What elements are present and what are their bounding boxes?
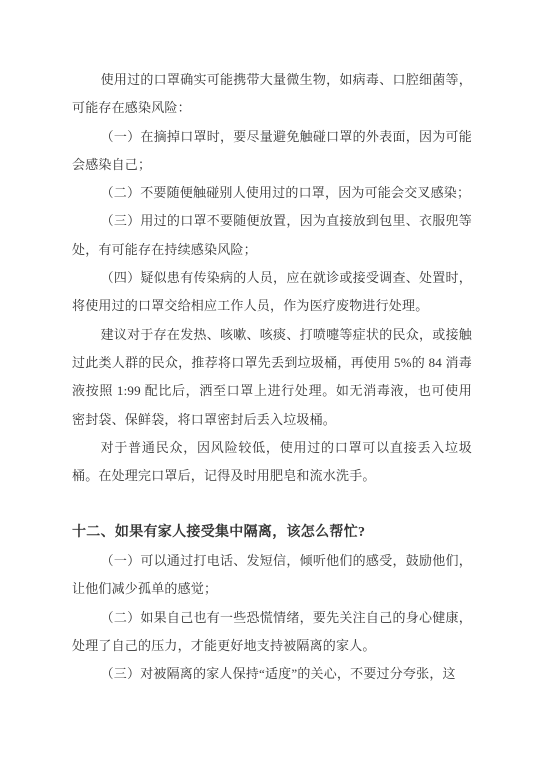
document-body: 使用过的口罩确实可能携带大量微生物，如病毒、口腔细菌等，可能存在感染风险：（一）… (72, 66, 472, 689)
paragraph: （二）不要随便触碰别人使用过的口罩，因为可能会交叉感染； (72, 179, 472, 207)
paragraph: （三）对被隔离的家人保持“适度”的关心，不要过分夸张，这 (72, 660, 472, 688)
document-page: 使用过的口罩确实可能携带大量微生物，如病毒、口腔细菌等，可能存在感染风险：（一）… (0, 0, 543, 768)
paragraph: （三）用过的口罩不要随便放置，因为直接放到包里、衣服兜等处，有可能存在持续感染风… (72, 207, 472, 264)
paragraph: （一）可以通过打电话、发短信，倾听他们的感受，鼓励他们，让他们减少孤单的感觉； (72, 547, 472, 604)
paragraph: 建议对于存在发热、咳嗽、咳痰、打喷嚏等症状的民众，或接触过此类人群的民众，推荐将… (72, 321, 472, 434)
paragraph: （四）疑似患有传染病的人员，应在就诊或接受调查、处置时，将使用过的口罩交给相应工… (72, 264, 472, 321)
paragraph: （二）如果自己也有一些恐慌情绪，要先关注自己的身心健康，处理了自己的压力，才能更… (72, 604, 472, 661)
section-heading: 十二、如果有家人接受集中隔离，该怎么帮忙? (72, 519, 472, 547)
paragraph: 使用过的口罩确实可能携带大量微生物，如病毒、口腔细菌等，可能存在感染风险： (72, 66, 472, 123)
paragraph: （一）在摘掉口罩时，要尽量避免触碰口罩的外表面，因为可能会感染自己； (72, 123, 472, 180)
paragraph: 对于普通民众，因风险较低，使用过的口罩可以直接丢入垃圾桶。在处理完口罩后，记得及… (72, 434, 472, 491)
